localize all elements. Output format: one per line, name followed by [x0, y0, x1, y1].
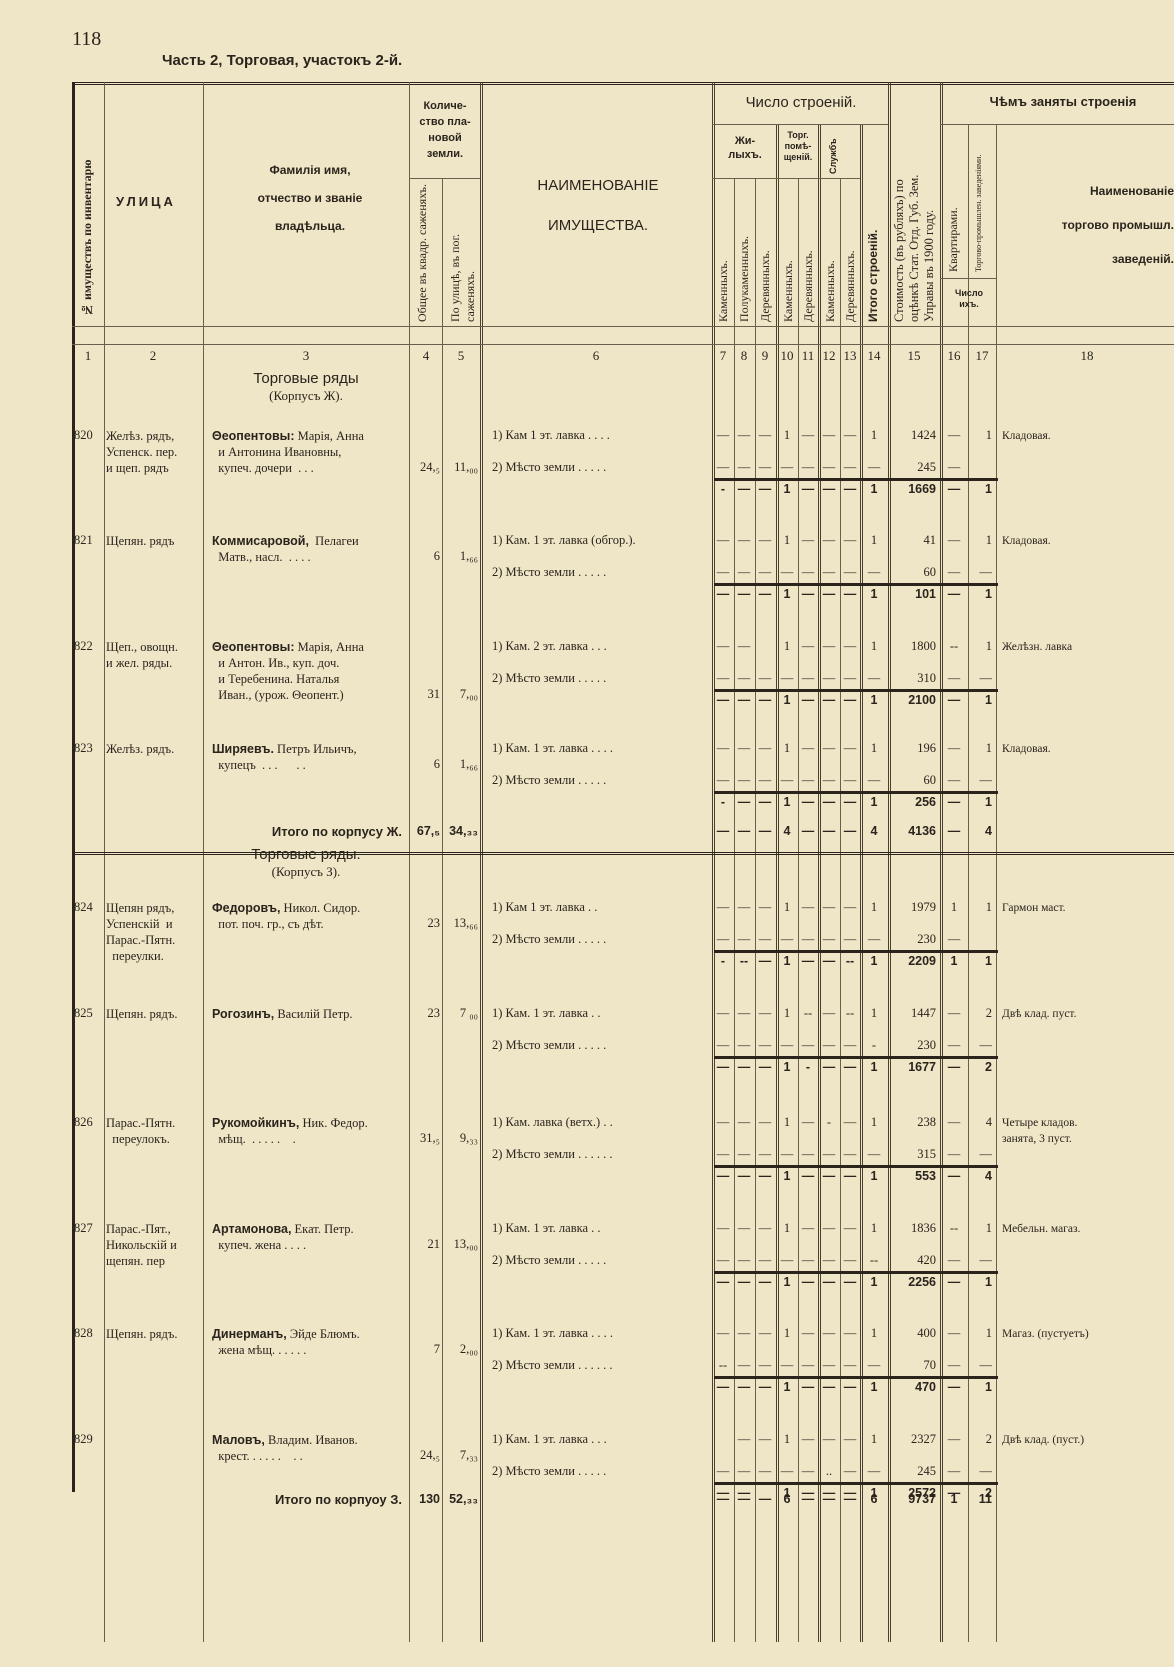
- subtotal-rule: [714, 583, 998, 586]
- area-cell: 31: [410, 687, 440, 702]
- header-property-name: НАИМЕНОВАНІЕ ИМУЩЕСТВА.: [484, 166, 712, 246]
- c17-cell: 1: [970, 954, 992, 968]
- header-services: Службъ: [828, 130, 838, 174]
- c16-cell: —: [944, 460, 964, 475]
- building-count-cell: —: [734, 932, 754, 947]
- building-count-cell: —: [713, 741, 733, 756]
- building-count-cell: —: [713, 428, 733, 443]
- street-cell: Щеп., овощн. и жел. ряды.: [106, 639, 178, 671]
- c17-cell: 4: [970, 1115, 992, 1130]
- property-item: 1) Кам. лавка (ветх.) . .: [492, 1115, 613, 1130]
- header-buildings-count: Число строеній.: [714, 94, 888, 111]
- building-count-cell: —: [819, 460, 839, 475]
- owner-cell: Федоровъ, Никол. Сидор. пот. поч. гр., с…: [212, 900, 360, 932]
- building-count-cell: —: [755, 693, 775, 707]
- building-count-cell: —: [713, 693, 733, 707]
- c17-cell: —: [970, 1038, 992, 1053]
- building-count-cell: —: [819, 565, 839, 580]
- value-cell: 196: [892, 741, 936, 756]
- building-count-cell: —: [819, 428, 839, 443]
- building-count-cell: —: [840, 460, 860, 475]
- area-cell: 6: [410, 549, 440, 564]
- building-count-cell: -: [798, 1060, 818, 1074]
- header-trade: Торг. помѣ- щеній.: [778, 130, 818, 163]
- c17-cell: 1: [970, 1326, 992, 1341]
- building-count-cell: —: [840, 1147, 860, 1162]
- header-c15: Стоимость (въ рубляхъ) по оцѣнкѣ Стат. О…: [892, 102, 938, 322]
- inventory-number: 822: [74, 639, 93, 654]
- value-cell: 245: [892, 460, 936, 475]
- property-item: 2) Мѣсто земли . . . . .: [492, 565, 606, 580]
- section-divider: [72, 852, 1174, 855]
- building-count-cell: —: [798, 565, 818, 580]
- area-cell: 31,₅: [410, 1131, 440, 1146]
- building-count-cell: —: [840, 1060, 860, 1074]
- property-item: 2) Мѣсто земли . . . . .: [492, 1464, 606, 1479]
- building-count-cell: 1: [864, 1115, 884, 1130]
- land-group-line1: Количе-: [410, 98, 480, 114]
- building-count-cell: —: [755, 482, 775, 496]
- header-street: УЛИЦА: [116, 194, 176, 209]
- building-count-cell: —: [777, 1147, 797, 1162]
- c18-line1: Наименованіе: [1000, 174, 1174, 208]
- c16-cell: —: [944, 587, 964, 601]
- header-c18: Наименованіе торгово промышл. заведеній.: [1000, 174, 1174, 276]
- value-cell: 400: [892, 1326, 936, 1341]
- building-count-cell: —: [713, 1492, 733, 1506]
- building-count-cell: —: [755, 1006, 775, 1021]
- building-count-cell: —: [798, 1326, 818, 1341]
- building-count-cell: —: [840, 482, 860, 496]
- c16-cell: —: [944, 1060, 964, 1074]
- building-count-cell: 1: [864, 639, 884, 654]
- building-count-cell: —: [713, 1275, 733, 1289]
- col-divider-6: [712, 82, 715, 1642]
- building-count-cell: —: [819, 639, 839, 654]
- page-number: 118: [72, 28, 101, 51]
- area-cell: 23: [410, 916, 440, 931]
- building-count-cell: —: [755, 1358, 775, 1373]
- header-c8: Полукаменныхъ.: [737, 182, 752, 322]
- building-count-cell: —: [819, 533, 839, 548]
- building-count-cell: —: [734, 1115, 754, 1130]
- building-count-cell: —: [755, 1464, 775, 1479]
- header-bottom-rule: [72, 326, 1174, 327]
- building-count-cell: -: [713, 954, 733, 968]
- c16-cell: —: [944, 741, 964, 756]
- subtotal-rule: [714, 791, 998, 794]
- building-count-cell: —: [840, 1492, 860, 1506]
- establishment-name: Кладовая.: [1002, 741, 1174, 757]
- building-count-cell: 1: [864, 1060, 884, 1074]
- building-count-cell: —: [734, 1169, 754, 1183]
- owner-surname: Федоровъ,: [212, 901, 280, 915]
- value-cell: 60: [892, 773, 936, 788]
- building-count-cell: —: [819, 1432, 839, 1447]
- property-item: 1) Кам. 1 эт. лавка . .: [492, 1221, 601, 1236]
- owner-cell: Рукомойкинъ, Ник. Федор. мѣщ. . . . . . …: [212, 1115, 368, 1147]
- building-count-cell: —: [734, 900, 754, 915]
- building-count-cell: 4: [777, 824, 797, 838]
- building-count-cell: —: [840, 1253, 860, 1268]
- c17-cell: —: [970, 1358, 992, 1373]
- building-count-cell: —: [755, 1060, 775, 1074]
- value-cell: 70: [892, 1358, 936, 1373]
- owner-surname: Рогозинъ,: [212, 1007, 274, 1021]
- owner-cell: Рогозинъ, Василій Петр.: [212, 1006, 353, 1022]
- building-count-cell: -: [713, 795, 733, 809]
- building-count-cell: 1: [777, 1221, 797, 1236]
- building-count-cell: —: [777, 1253, 797, 1268]
- header-c17: Торгово-промышлен. заведеніями.: [974, 142, 992, 272]
- header-owner-line2: отчество и званіе: [212, 184, 408, 212]
- value-cell: 470: [892, 1380, 936, 1394]
- building-count-cell: —: [713, 932, 733, 947]
- street-cell: Парас.-Пятн. переулокъ.: [106, 1115, 175, 1147]
- area-cell: 6: [410, 757, 440, 772]
- column-number: 17: [970, 348, 994, 364]
- owner-surname: Динерманъ,: [212, 1327, 287, 1341]
- building-count-cell: —: [798, 1432, 818, 1447]
- building-count-cell: —: [734, 741, 754, 756]
- c17-cell: 1: [970, 533, 992, 548]
- building-count-cell: 1: [777, 1006, 797, 1021]
- value-cell: 230: [892, 1038, 936, 1053]
- establishment-name: Четыре кладов. занята, 3 пуст.: [1002, 1115, 1174, 1147]
- street-cell: Желѣз. рядъ, Успенск. пер. и щеп. рядъ: [106, 428, 177, 476]
- building-count-cell: 1: [777, 1169, 797, 1183]
- building-count-cell: —: [734, 1380, 754, 1394]
- building-count-cell: 1: [777, 1275, 797, 1289]
- c16-cell: —: [944, 1326, 964, 1341]
- building-count-cell: —: [798, 639, 818, 654]
- subtotal-rule: [714, 1165, 998, 1168]
- building-count-cell: —: [798, 482, 818, 496]
- c15-line2: оцѣнкѣ Стат. Отд. Губ. Зем.: [907, 102, 922, 322]
- owner-cell: Маловъ, Владим. Иванов. крест. . . . . .…: [212, 1432, 358, 1464]
- c15-line1: Стоимость (въ рубляхъ) по: [892, 102, 907, 322]
- col-divider-3: [409, 82, 410, 1642]
- frontage-cell: 7,₃₃: [444, 1448, 478, 1463]
- building-count-cell: —: [819, 741, 839, 756]
- building-count-cell: —: [840, 1038, 860, 1053]
- c17-cell: 4: [970, 1169, 992, 1183]
- area-cell: 24,₅: [410, 460, 440, 475]
- owner-cell: Θеопентовы: Марія, Анна и Антонина Ивано…: [212, 428, 364, 476]
- building-count-cell: —: [840, 565, 860, 580]
- column-number: 14: [862, 348, 886, 364]
- property-item: 1) Кам 1 эт. лавка . .: [492, 900, 597, 915]
- c16-cell: —: [944, 824, 964, 838]
- building-count-cell: —: [864, 1358, 884, 1373]
- c16-cell: —: [944, 932, 964, 947]
- value-cell: 2256: [892, 1275, 936, 1289]
- building-count-cell: 6: [777, 1492, 797, 1506]
- building-count-cell: —: [755, 900, 775, 915]
- building-count-cell: —: [819, 1492, 839, 1506]
- building-count-cell: 1: [864, 1221, 884, 1236]
- table-top-border: [72, 82, 1174, 85]
- value-cell: 310: [892, 671, 936, 686]
- building-count-cell: —: [755, 954, 775, 968]
- value-cell: 1669: [892, 482, 936, 496]
- c16-cell: --: [944, 639, 964, 654]
- building-count-cell: —: [755, 1326, 775, 1341]
- building-count-cell: —: [734, 565, 754, 580]
- value-cell: 41: [892, 533, 936, 548]
- building-count-cell: —: [734, 795, 754, 809]
- building-count-cell: —: [755, 795, 775, 809]
- c16-cell: —: [944, 1275, 964, 1289]
- building-count-cell: —: [798, 428, 818, 443]
- building-count-cell: --: [798, 1006, 818, 1021]
- building-count-cell: —: [734, 1038, 754, 1053]
- building-count-cell: —: [713, 639, 733, 654]
- land-group-line4: земли.: [410, 146, 480, 162]
- c17-cell: 2: [970, 1006, 992, 1021]
- subtotal-rule: [714, 950, 998, 953]
- korpus-total-label: Итого по корпуоу З.: [242, 1492, 402, 1507]
- building-count-cell: —: [798, 1380, 818, 1394]
- establishment-name: Гармон маст.: [1002, 900, 1174, 916]
- subtotal-rule: [714, 1056, 998, 1059]
- building-count-cell: 1: [777, 428, 797, 443]
- building-count-cell: —: [798, 741, 818, 756]
- c16-cell: —: [944, 795, 964, 809]
- building-count-cell: —: [755, 824, 775, 838]
- building-count-cell: —: [819, 1169, 839, 1183]
- value-cell: 60: [892, 565, 936, 580]
- building-count-cell: —: [734, 824, 754, 838]
- building-count-cell: —: [755, 460, 775, 475]
- building-count-cell: —: [713, 1253, 733, 1268]
- c17-cell: 1: [970, 482, 992, 496]
- building-count-cell: 6: [864, 1492, 884, 1506]
- building-count-cell: -: [819, 1115, 839, 1130]
- column-number: 16: [942, 348, 966, 364]
- building-count-cell: 1: [777, 741, 797, 756]
- building-count-cell: —: [755, 1492, 775, 1506]
- building-count-cell: —: [713, 533, 733, 548]
- owner-surname: Рукомойкинъ,: [212, 1116, 299, 1130]
- c16-cell: —: [944, 565, 964, 580]
- building-count-cell: 1: [777, 1060, 797, 1074]
- korpus-total-area: 67,₅: [410, 824, 440, 838]
- building-count-cell: —: [798, 824, 818, 838]
- property-name-line1: НАИМЕНОВАНІЕ: [484, 166, 712, 206]
- owner-cell: Θеопентовы: Марія, Анна и Антон. Ив., ку…: [212, 639, 364, 703]
- property-item: 2) Мѣсто земли . . . . .: [492, 1253, 606, 1268]
- building-count-cell: —: [734, 1147, 754, 1162]
- building-count-cell: —: [734, 1253, 754, 1268]
- building-count-cell: —: [755, 565, 775, 580]
- inventory-number: 826: [74, 1115, 93, 1130]
- building-count-cell: —: [755, 1038, 775, 1053]
- building-count-cell: —: [734, 1492, 754, 1506]
- building-count-cell: —: [798, 1358, 818, 1373]
- establishment-name: Двѣ клад. пуст.: [1002, 1006, 1174, 1022]
- header-c16: Квартирами.: [946, 142, 961, 272]
- column-number-rule: [72, 344, 1174, 345]
- frontage-cell: 7,₀₀: [444, 687, 478, 702]
- c17-cell: 1: [970, 428, 992, 443]
- c16-cell: —: [944, 1432, 964, 1447]
- building-count-cell: —: [734, 1326, 754, 1341]
- building-count-cell: —: [840, 1115, 860, 1130]
- building-count-cell: —: [819, 932, 839, 947]
- subtotal-rule: [714, 1376, 998, 1379]
- street-cell: Щепян. рядъ: [106, 533, 174, 549]
- value-cell: 1836: [892, 1221, 936, 1236]
- header-frontage: По улицѣ, въ пог. саженяхъ.: [448, 184, 476, 322]
- subtotal-rule: [714, 689, 998, 692]
- building-count-cell: —: [819, 1380, 839, 1394]
- building-count-cell: —: [734, 1464, 754, 1479]
- building-count-cell: —: [713, 1221, 733, 1236]
- building-count-cell: —: [864, 565, 884, 580]
- building-count-cell: —: [819, 671, 839, 686]
- building-count-cell: —: [755, 533, 775, 548]
- building-count-cell: —: [734, 671, 754, 686]
- c17-cell: 1: [970, 1221, 992, 1236]
- building-count-cell: 1: [864, 533, 884, 548]
- trade-line2: помѣ-: [778, 141, 818, 152]
- building-count-cell: —: [840, 1326, 860, 1341]
- property-item: 1) Кам. 1 эт. лавка . .: [492, 1006, 601, 1021]
- inventory-number: 824: [74, 900, 93, 915]
- frontage-cell: 11,₀₀: [444, 460, 478, 475]
- building-count-cell: —: [734, 587, 754, 601]
- street-cell: Щепян. рядъ.: [106, 1326, 177, 1342]
- building-count-cell: —: [798, 587, 818, 601]
- building-count-cell: —: [734, 1060, 754, 1074]
- c16-cell: 1: [944, 1492, 964, 1506]
- building-count-cell: —: [755, 587, 775, 601]
- building-count-cell: —: [755, 773, 775, 788]
- building-count-cell: —: [734, 639, 754, 654]
- c16-cell: —: [944, 773, 964, 788]
- col-divider-5: [480, 82, 483, 1642]
- building-count-cell: —: [819, 824, 839, 838]
- col-divider-16: [968, 124, 969, 1642]
- header-c14: Итого строеній.: [866, 182, 880, 322]
- building-count-cell: —: [798, 1115, 818, 1130]
- building-count-cell: —: [864, 460, 884, 475]
- trade-line1: Торг.: [778, 130, 818, 141]
- header-owner-line1: Фамилія имя,: [212, 156, 408, 184]
- building-count-cell: 1: [864, 1432, 884, 1447]
- c16-cell: —: [944, 482, 964, 496]
- building-count-cell: —: [755, 1221, 775, 1236]
- owner-cell: Динерманъ, Эйде Блюмъ. жена мѣщ. . . . .…: [212, 1326, 360, 1358]
- building-count-cell: 4: [864, 824, 884, 838]
- establishment-name: Двѣ клад. (пуст.): [1002, 1432, 1174, 1448]
- c16-cell: —: [944, 1253, 964, 1268]
- property-name-line2: ИМУЩЕСТВА.: [484, 206, 712, 246]
- owner-surname: Θеопентовы:: [212, 640, 294, 654]
- column-number: 6: [584, 348, 608, 364]
- building-count-cell: —: [777, 1038, 797, 1053]
- building-count-cell: 1: [777, 482, 797, 496]
- building-count-cell: —: [713, 900, 733, 915]
- land-group-line2: ство пла-: [410, 114, 480, 130]
- building-count-cell: —: [734, 1275, 754, 1289]
- value-cell: 238: [892, 1115, 936, 1130]
- building-count-cell: 1: [864, 954, 884, 968]
- building-count-cell: ..: [819, 1464, 839, 1479]
- building-count-cell: —: [840, 795, 860, 809]
- building-count-cell: —: [713, 1326, 733, 1341]
- trade-line3: щеній.: [778, 152, 818, 163]
- c16-cell: --: [944, 1221, 964, 1236]
- land-group-rule: [409, 178, 480, 179]
- owner-cell: Ширяевъ. Петръ Ильичъ, купецъ . . . . .: [212, 741, 357, 773]
- building-count-cell: —: [734, 1358, 754, 1373]
- occupied-group-rule: [940, 124, 1174, 125]
- c17-cell: —: [970, 1253, 992, 1268]
- building-count-cell: —: [819, 1006, 839, 1021]
- area-cell: 24,₅: [410, 1448, 440, 1463]
- subtotal-rule: [714, 478, 998, 481]
- building-count-cell: —: [777, 565, 797, 580]
- value-cell: 1424: [892, 428, 936, 443]
- col-divider-1: [104, 82, 105, 1642]
- value-cell: 9737: [892, 1492, 936, 1506]
- buildings-group-rule: [712, 124, 888, 125]
- building-count-cell: —: [734, 1221, 754, 1236]
- building-count-cell: —: [798, 1038, 818, 1053]
- building-count-cell: —: [840, 533, 860, 548]
- building-count-cell: —: [819, 900, 839, 915]
- building-count-cell: 1: [777, 587, 797, 601]
- value-cell: 256: [892, 795, 936, 809]
- property-item: 2) Мѣсто земли . . . . . .: [492, 1358, 612, 1373]
- value-cell: 1677: [892, 1060, 936, 1074]
- c16-cell: —: [944, 1380, 964, 1394]
- building-count-cell: —: [713, 824, 733, 838]
- building-count-cell: —: [840, 1275, 860, 1289]
- page-header: Часть 2, Торговая, участокъ 2-й.: [162, 52, 402, 69]
- property-item: 2) Мѣсто земли . . . . .: [492, 1038, 606, 1053]
- building-count-cell: —: [755, 932, 775, 947]
- c16-cell: —: [944, 1006, 964, 1021]
- building-count-cell: 1: [864, 1006, 884, 1021]
- building-count-cell: —: [840, 1169, 860, 1183]
- c17-cell: —: [970, 1464, 992, 1479]
- header-c12: Каменныхъ.: [823, 182, 838, 322]
- building-count-cell: —: [819, 954, 839, 968]
- col-divider-17: [996, 124, 997, 1642]
- header-c9: Деревянныхъ.: [758, 182, 773, 322]
- c16-cell: —: [944, 1169, 964, 1183]
- building-count-cell: —: [713, 1038, 733, 1053]
- frontage-cell: 7 ₀₀: [444, 1006, 478, 1021]
- col-divider-15: [940, 82, 943, 1642]
- c17-cell: 4: [970, 824, 992, 838]
- building-count-cell: —: [734, 773, 754, 788]
- owner-surname: Маловъ,: [212, 1433, 265, 1447]
- building-count-cell: —: [734, 533, 754, 548]
- count-rule: [940, 278, 996, 279]
- building-count-cell: —: [798, 460, 818, 475]
- korpus-total-area: 130: [410, 1492, 440, 1506]
- owner-cell: Артамонова, Екат. Петр. купеч. жена . . …: [212, 1221, 354, 1253]
- building-count-cell: —: [798, 900, 818, 915]
- inventory-number: 820: [74, 428, 93, 443]
- building-count-cell: —: [798, 693, 818, 707]
- c16-cell: —: [944, 533, 964, 548]
- establishment-name: Кладовая.: [1002, 428, 1174, 444]
